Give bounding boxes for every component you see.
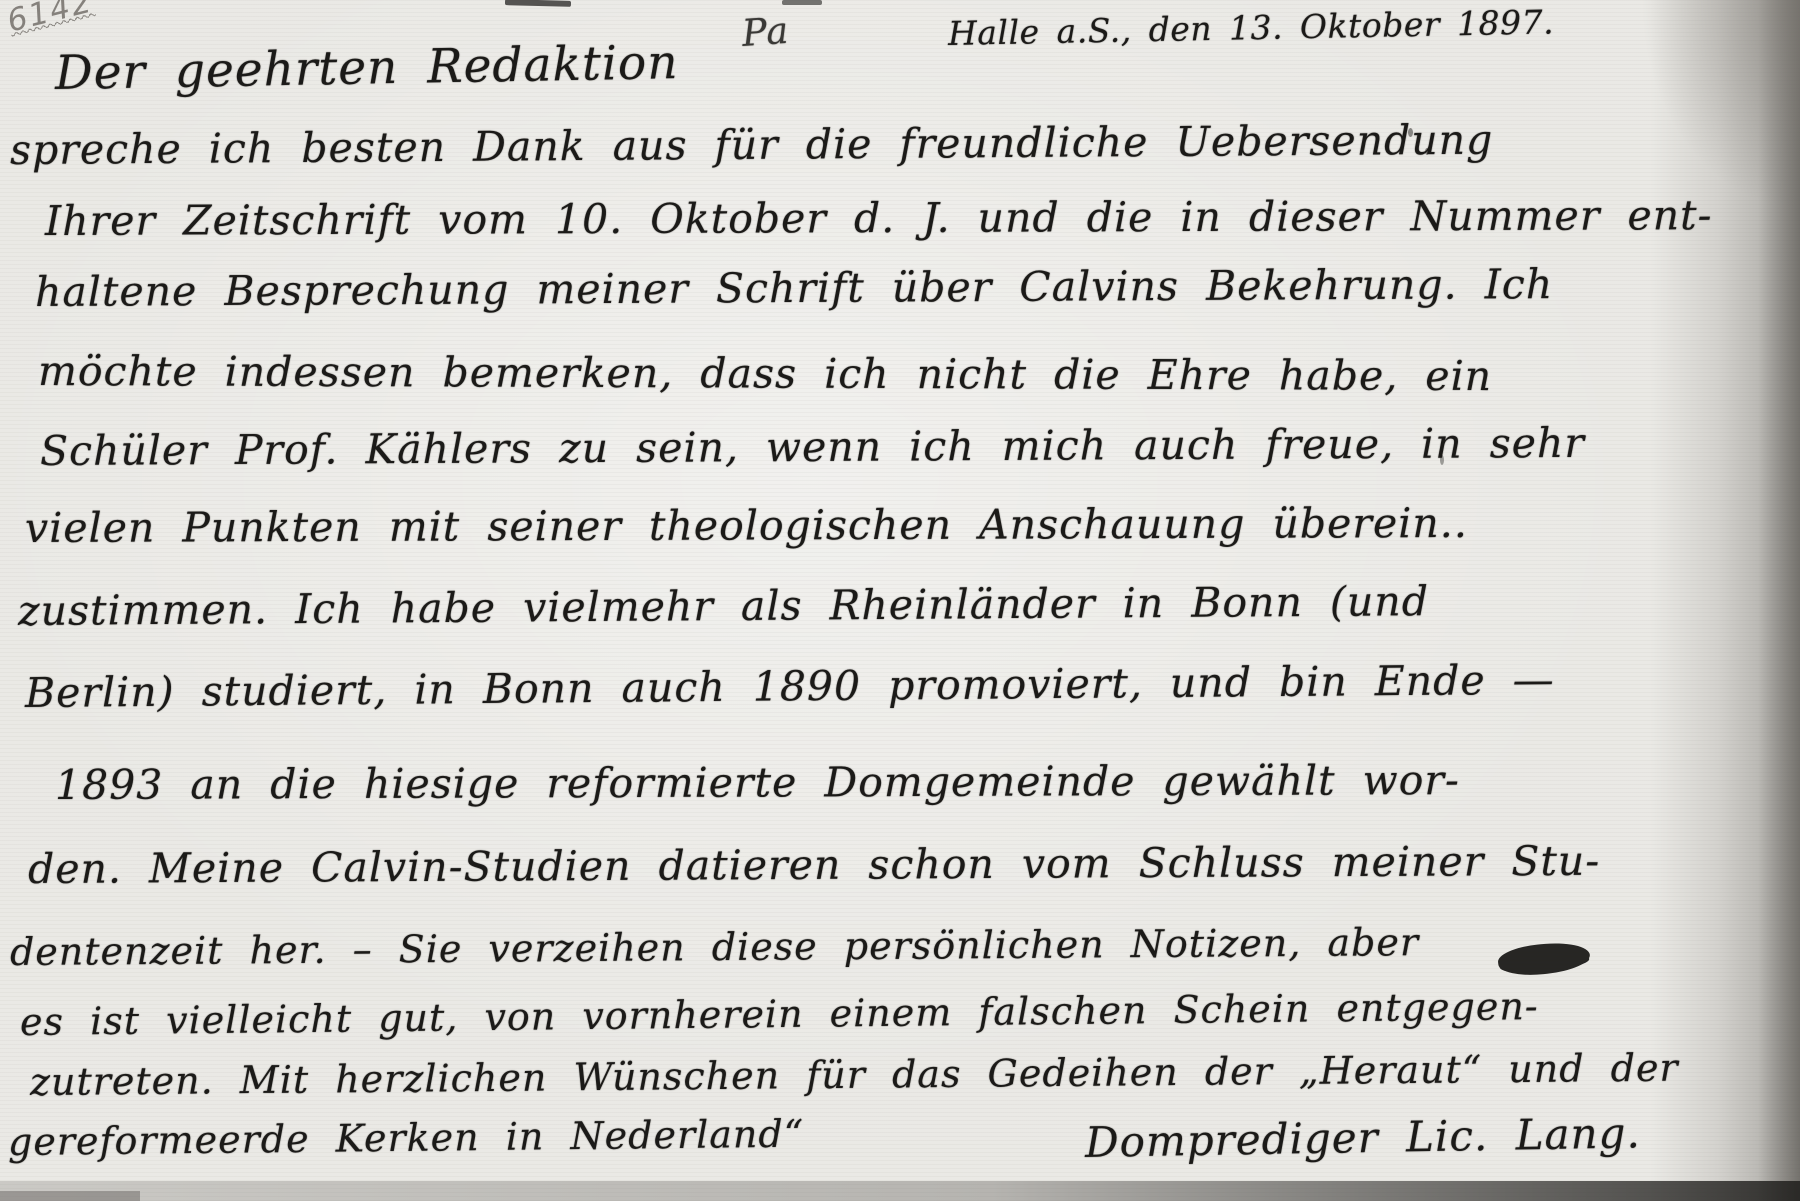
signature: Domprediger Lic. Lang. <box>1085 1108 1642 1167</box>
scan-shadow-bottom-left <box>0 1191 140 1201</box>
letter-scan: { "page": { "archival_mark": "6142", "co… <box>0 0 1800 1201</box>
scan-shadow-bottom-edge <box>0 1181 1800 1201</box>
handwritten-line: Ihrer Zeitschrift vom 10. Oktober d. J. … <box>45 191 1713 245</box>
handwritten-line: haltene Besprechung meiner Schrift über … <box>35 260 1553 316</box>
handwritten-line: zustimmen. Ich habe vielmehr als Rheinlä… <box>18 577 1429 635</box>
handwritten-line: gereformeerde Kerken in Nederland“ <box>8 1112 805 1164</box>
scan-shadow-top-right-corner <box>1640 0 1800 210</box>
handwritten-line: 1893 an die hiesige reformierte Domgemei… <box>55 756 1460 809</box>
handwritten-line: vielen Punkten mit seiner theologischen … <box>25 499 1468 552</box>
handwritten-line: den. Meine Calvin-Studien datieren schon… <box>28 837 1600 893</box>
corner-note: Pa <box>741 9 791 55</box>
scan-artifact <box>782 0 822 5</box>
handwritten-line: Schüler Prof. Kählers zu sein, wenn ich … <box>40 419 1585 475</box>
salutation: Der geehrten Redaktion <box>55 35 679 101</box>
handwritten-line: möchte indessen bemerken, dass ich nicht… <box>38 347 1492 400</box>
